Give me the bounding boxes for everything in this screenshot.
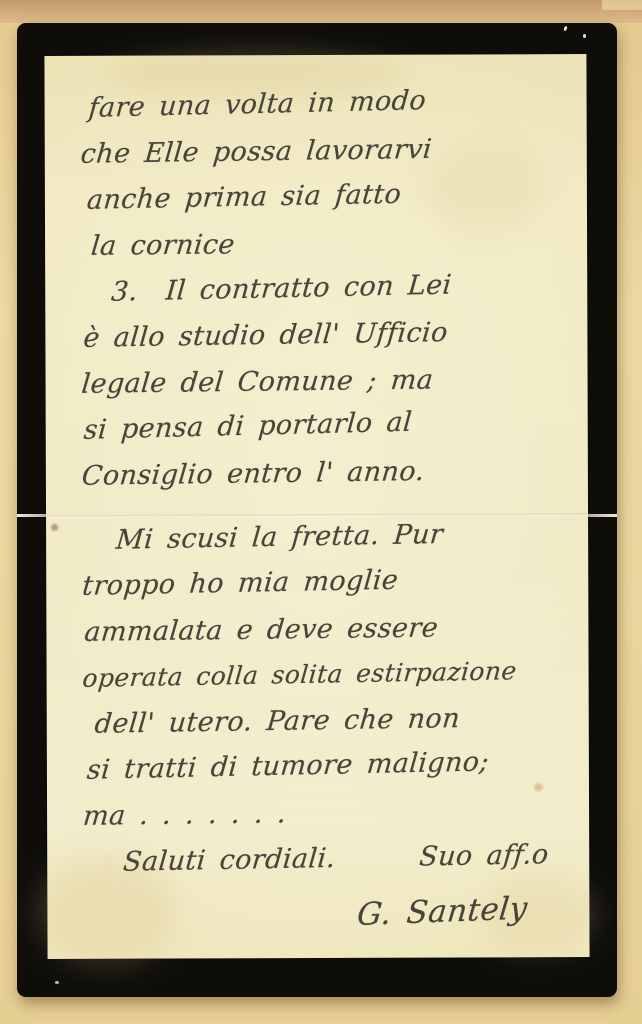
handwritten-line: operata colla solita estirpazione	[81, 647, 563, 701]
scratch-speck	[583, 34, 586, 38]
black-mat: fare una volta in modo che Elle possa la…	[17, 23, 617, 997]
letter-photograph: fare una volta in modo che Elle possa la…	[0, 0, 642, 1024]
handwritten-line: è allo studio dell' Ufficio	[81, 308, 561, 362]
handwritten-line: anche prima sia fatto	[85, 169, 561, 224]
handwritten-line: troppo ho mia moglie	[80, 555, 562, 610]
backdrop-top-band	[0, 0, 642, 23]
handwritten-line: si tratti di tumore maligno;	[85, 738, 563, 794]
backdrop-top-corner	[602, 0, 642, 10]
handwritten-line: ma . . . . . . .	[81, 788, 563, 840]
scratch-speck	[563, 26, 568, 32]
signature: G. Santely	[81, 884, 563, 949]
closing-salutation: Saluti cordiali. Suo aff.o	[121, 832, 563, 886]
handwritten-line: fare una volta in modo	[87, 75, 561, 132]
handwritten-line-numbered-point: 3. Il contratto con Lei	[109, 260, 561, 315]
letter-body: fare una volta in modo che Elle possa la…	[44, 54, 589, 959]
letter-page: fare una volta in modo che Elle possa la…	[44, 54, 589, 959]
scratch-speck	[55, 981, 59, 984]
handwritten-line: Consiglio entro l' anno.	[80, 447, 562, 500]
